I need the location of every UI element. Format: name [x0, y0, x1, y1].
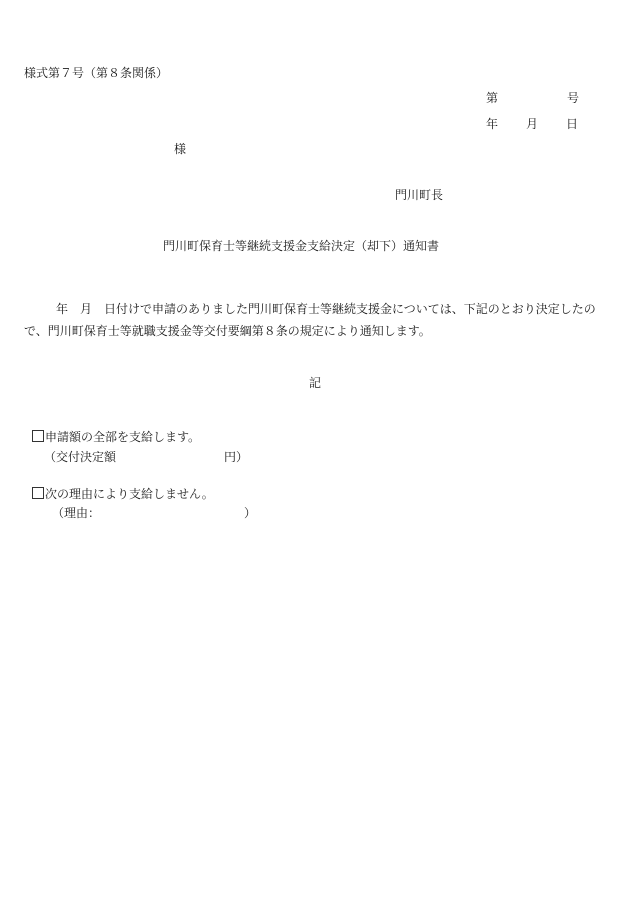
date-month: 月 [526, 116, 538, 132]
option-full-payment-detail: （交付決定額円） [44, 449, 248, 465]
option-rejection-detail: （理由：） [52, 505, 256, 521]
checkbox-full-payment[interactable] [32, 430, 44, 442]
issuer: 門川町長 [395, 187, 443, 203]
ki-heading: 記 [309, 375, 321, 391]
form-number: 様式第７号（第８条関係） [24, 65, 168, 81]
addressee-suffix: 様 [174, 141, 186, 157]
detail-suffix: 円） [224, 450, 248, 464]
body-text: 年 月 日付けで申請のありました門川町保育士等継続支援金については、下記のとおり… [24, 302, 596, 338]
detail-prefix: （理由： [52, 506, 100, 520]
detail-prefix: （交付決定額 [44, 450, 116, 464]
body-paragraph: 年 月 日付けで申請のありました門川町保育士等継続支援金については、下記のとおり… [24, 298, 608, 342]
document-title: 門川町保育士等継続支援金支給決定（却下）通知書 [163, 238, 439, 254]
checkbox-rejection[interactable] [32, 487, 44, 499]
doc-number-prefix: 第 [486, 90, 498, 106]
option-full-payment: 申請額の全部を支給します。 [32, 429, 200, 445]
option-label: 次の理由により支給しません。 [45, 487, 214, 501]
doc-number-suffix: 号 [567, 90, 579, 106]
detail-suffix: ） [244, 506, 256, 520]
option-rejection: 次の理由により支給しません。 [32, 486, 214, 502]
date-year: 年 [486, 116, 498, 132]
date-day: 日 [566, 116, 578, 132]
option-label: 申請額の全部を支給します。 [45, 430, 200, 444]
